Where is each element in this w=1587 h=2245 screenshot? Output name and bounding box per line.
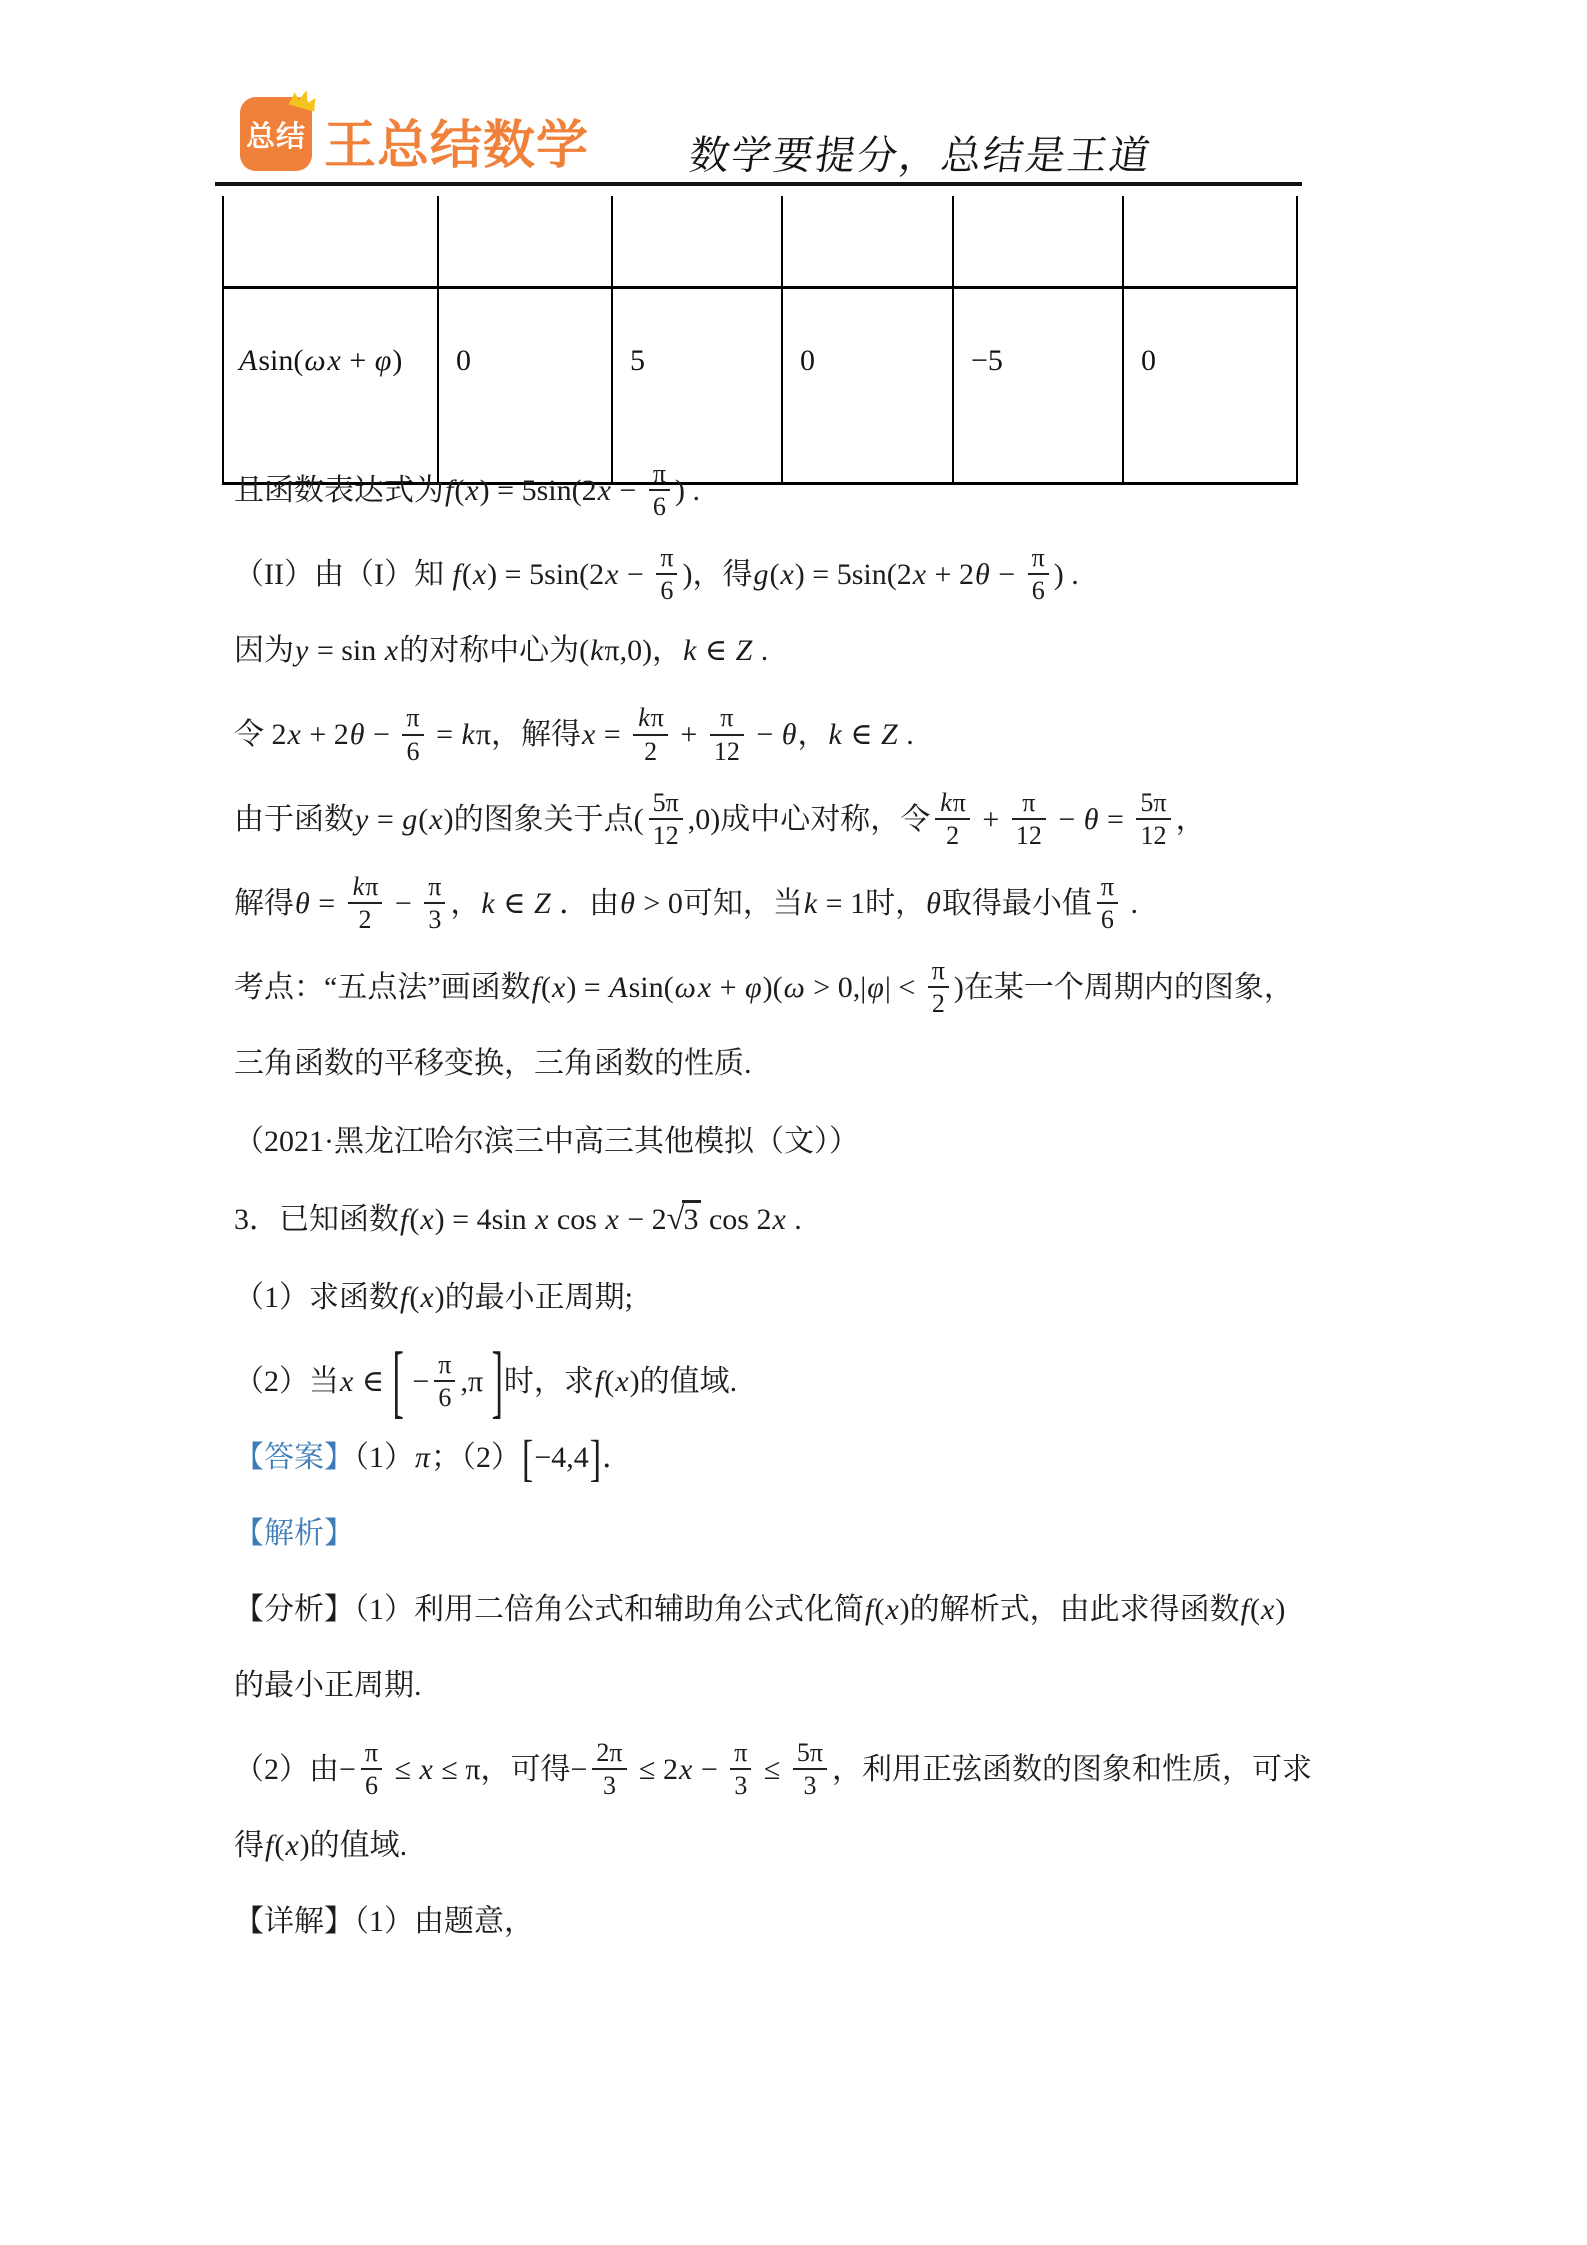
line-answer: 【答案】（1）π；（2）[−4,4]． [234,1437,1387,1479]
line-solve-x: 令 2x + 2θ − π6 = kπ，解得x = kπ2 + π12 − θ，… [234,706,1387,768]
document-body: 且函数表达式为f(x) = 5sin(2x − π6) .（II）由（I）知 f… [0,462,1587,1977]
line-exam-point-2: 三角函数的平移变换，三角函数的性质. [234,1043,1387,1085]
brand-logo-badge: 总结 [240,97,312,171]
table-value: 0 [782,288,953,484]
header-slogan: 数学要提分，总结是王道 [686,124,1156,181]
table-cell [612,196,782,288]
table-value: 0 [1123,288,1297,484]
header-divider [215,182,1302,186]
table-cell [953,196,1123,288]
table-value: 0 [438,288,612,484]
line-symmetry-center: 因为y = sin x的对称中心为(kπ,0)，k ∈ Z . [234,630,1387,672]
table-cell [782,196,953,288]
table-row-label: Asin(ωx + φ) [223,288,438,484]
brand-logo-text: 王总结数学 [324,103,589,178]
line-center-symmetric: 由于函数y = g(x)的图象关于点(5π12,0)成中心对称，令kπ2 + π… [234,791,1387,853]
line-problem-3: 3．已知函数f(x) = 4sin x cos x − 2√3 cos 2x . [234,1197,1387,1242]
line-source-2021: （2021·黑龙江哈尔滨三中高三其他模拟（文）） [234,1121,1387,1163]
line-analysis-1: 【分析】（1）利用二倍角公式和辅助角公式化简f(x)的解析式，由此求得函数f(x… [234,1589,1387,1631]
line-function-expression: 且函数表达式为f(x) = 5sin(2x − π6) . [234,462,1387,524]
five-point-method-table: Asin(ωx + φ) 0 5 0 −5 0 [222,196,1298,485]
table-value: −5 [953,288,1123,484]
line-analysis-3: （2）由−π6 ≤ x ≤ π，可得−2π3 ≤ 2x − π3 ≤ 5π3，利… [234,1741,1387,1803]
table-row-empty [223,196,1297,288]
line-solve-theta: 解得θ = kπ2 − π3，k ∈ Z ．由θ > 0可知，当k = 1时，θ… [234,875,1387,937]
line-analysis-header: 【解析】 [234,1513,1387,1555]
crown-icon [285,83,322,115]
page-header: 总结 王总结数学 数学要提分，总结是王道 [0,0,1587,190]
table-cell [223,196,438,288]
table-cell [1123,196,1297,288]
line-part2-g: （II）由（I）知 f(x) = 5sin(2x − π6)，得g(x) = 5… [234,546,1387,608]
brand-logo-badge-text: 总结 [246,114,306,155]
line-q1: （1）求函数f(x)的最小正周期; [234,1277,1387,1319]
line-analysis-2: 的最小正周期. [234,1665,1387,1707]
line-q2: （2）当x ∈ [ −π6,π ]时，求f(x)的值域. [234,1353,1387,1415]
table-cell [438,196,612,288]
line-exam-point: 考点：“五点法”画函数f(x) = Asin(ωx + φ)(ω > 0,|φ|… [234,959,1387,1021]
table-row-asin-values: Asin(ωx + φ) 0 5 0 −5 0 [223,288,1297,484]
table-value: 5 [612,288,782,484]
line-detail: 【详解】（1）由题意， [234,1901,1387,1943]
line-analysis-4: 得f(x)的值域. [234,1825,1387,1867]
